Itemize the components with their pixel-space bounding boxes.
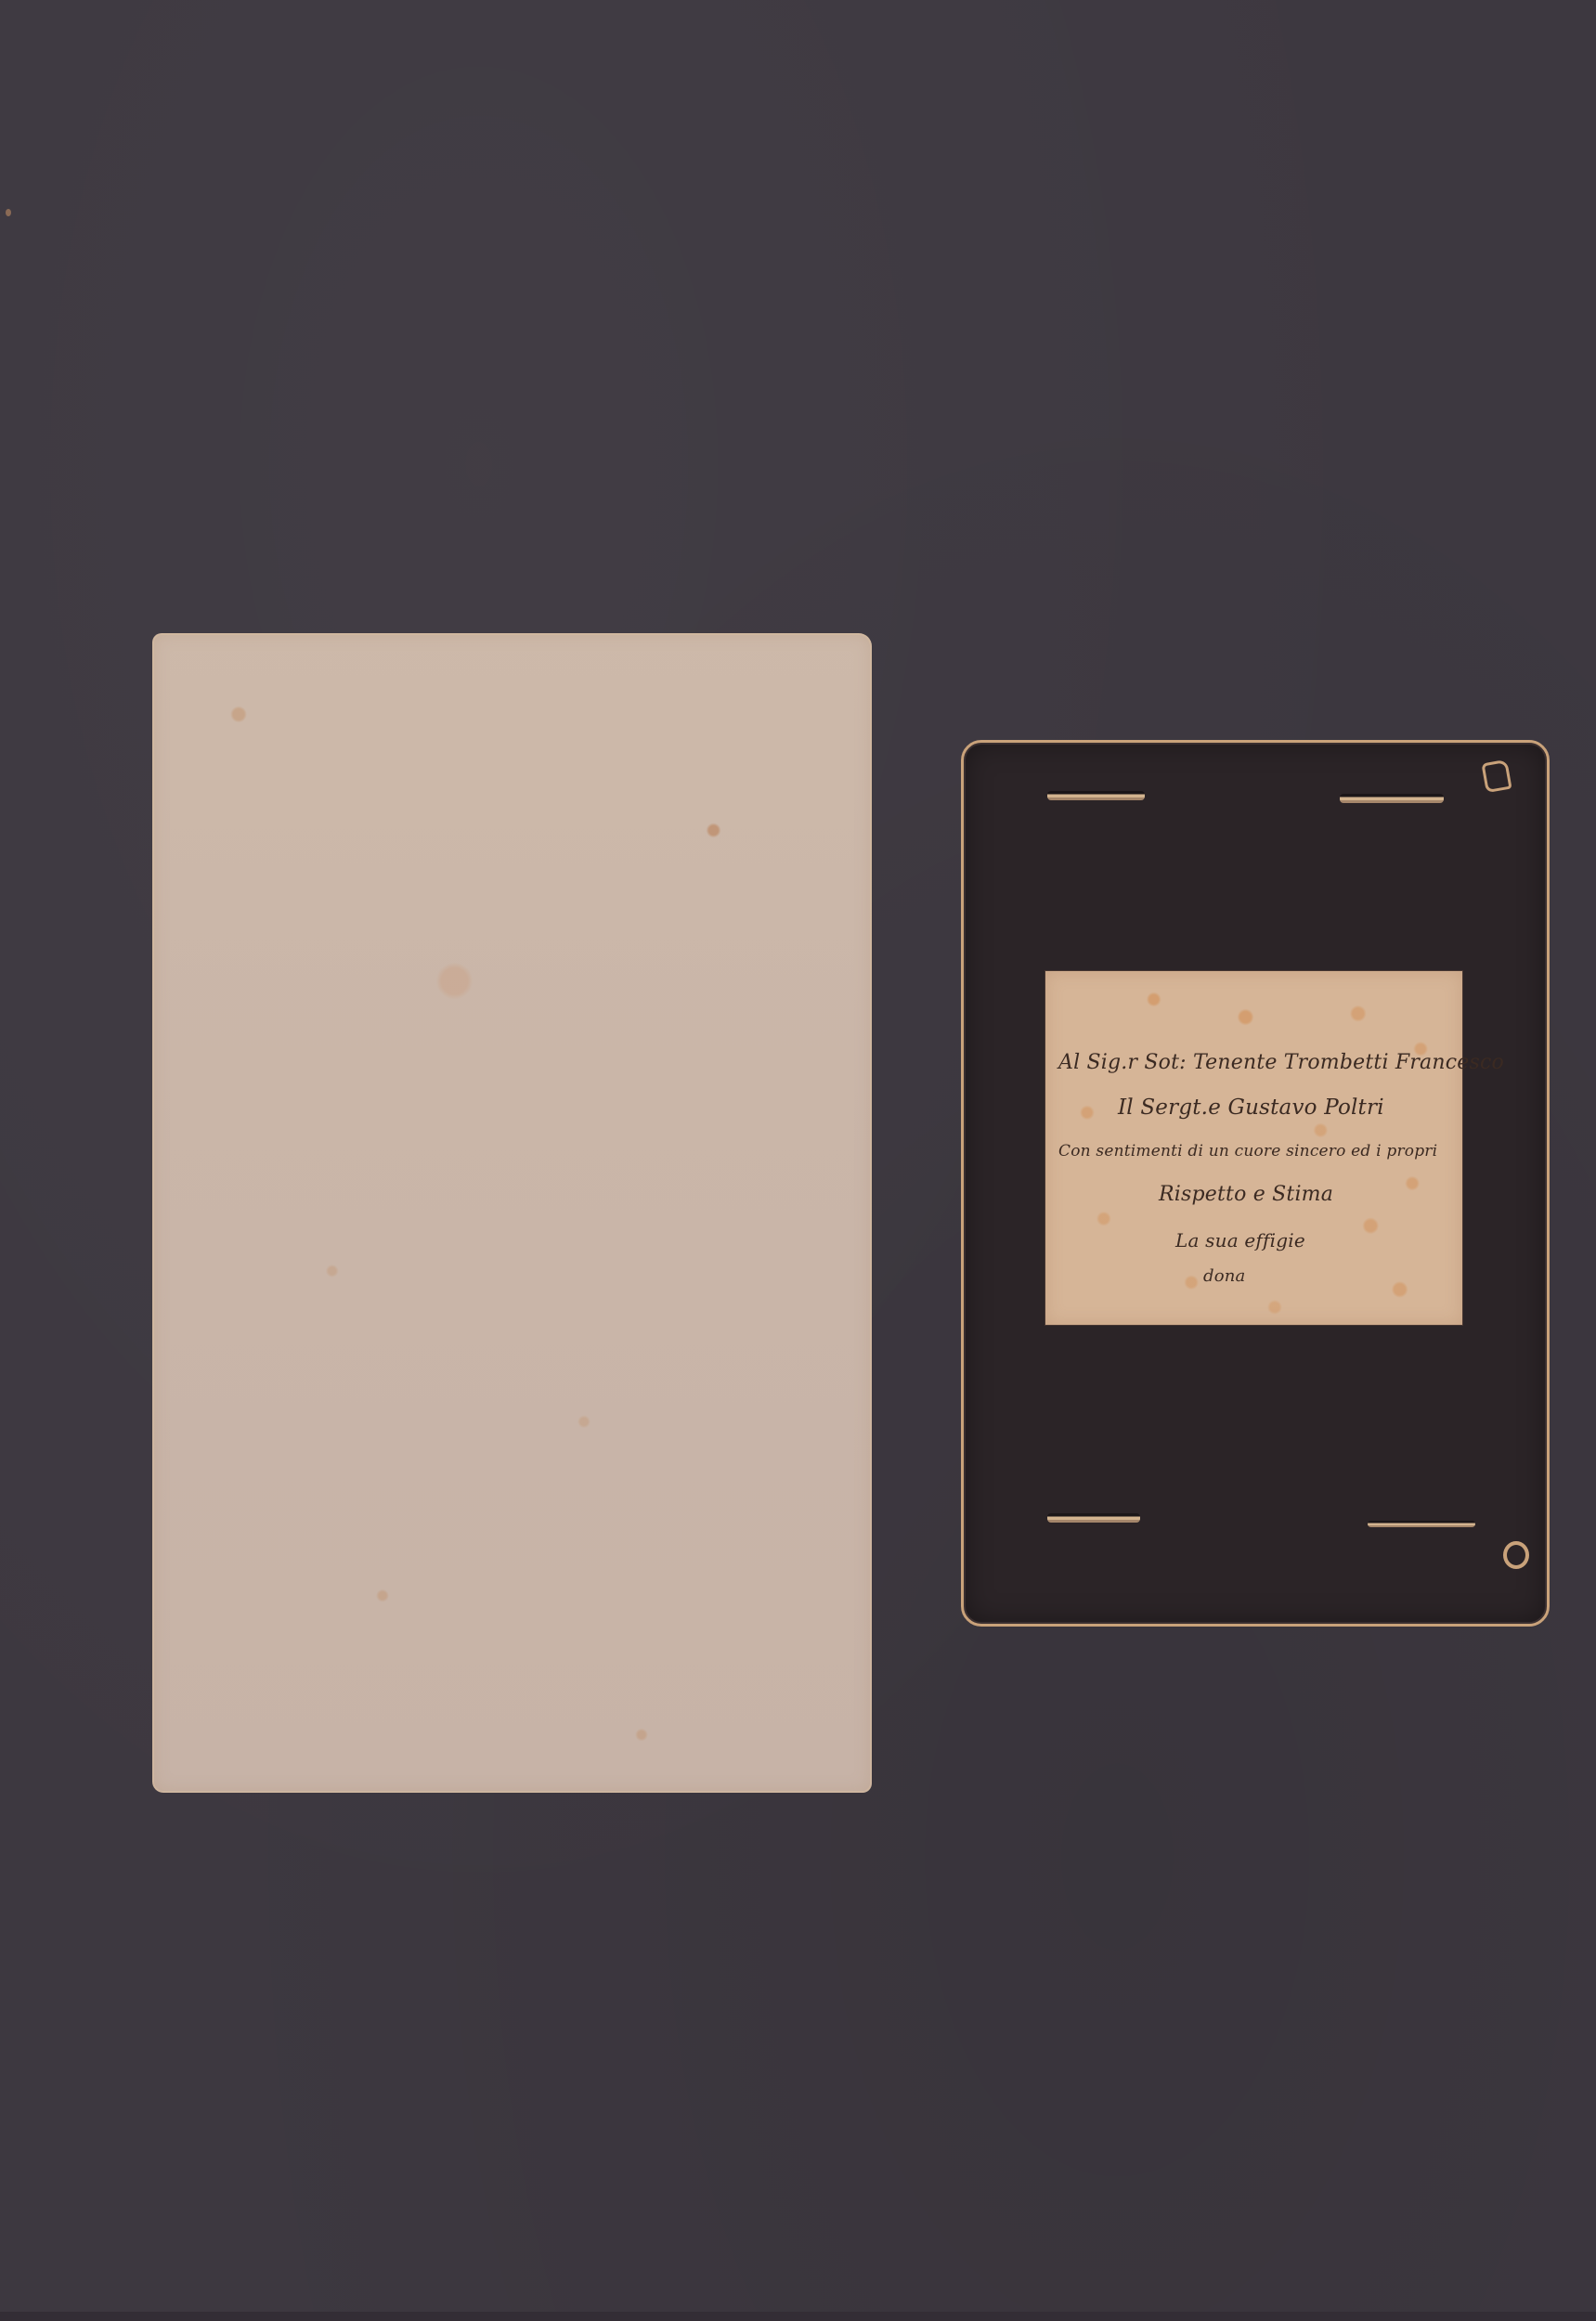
inscription-line: Rispetto e Stima	[1159, 1183, 1333, 1206]
torn-mount-strip-bottom-right	[1368, 1521, 1475, 1527]
inscription-label: Al Sig.r Sot: Tenente Trombetti Francesc…	[1045, 971, 1462, 1325]
punch-hole	[1503, 1541, 1529, 1569]
inscription-line: Con sentimenti di un cuore sincero ed i …	[1058, 1142, 1437, 1160]
dust-speck	[6, 209, 11, 216]
torn-mount-strip-top-left	[1047, 791, 1145, 800]
corner-damage-mark	[1481, 759, 1512, 793]
inscription-line: Il Sergt.e Gustavo Poltri	[1118, 1096, 1384, 1120]
left-card-back	[152, 633, 872, 1793]
scanner-bottom-edge	[0, 2312, 1596, 2321]
inscription-line: dona	[1203, 1266, 1245, 1286]
inscription-line: La sua effigie	[1175, 1229, 1305, 1251]
inscription-line: Al Sig.r Sot: Tenente Trombetti Francesc…	[1058, 1051, 1504, 1074]
torn-mount-strip-bottom-left	[1047, 1513, 1140, 1523]
torn-mount-strip-top-right	[1340, 794, 1444, 803]
